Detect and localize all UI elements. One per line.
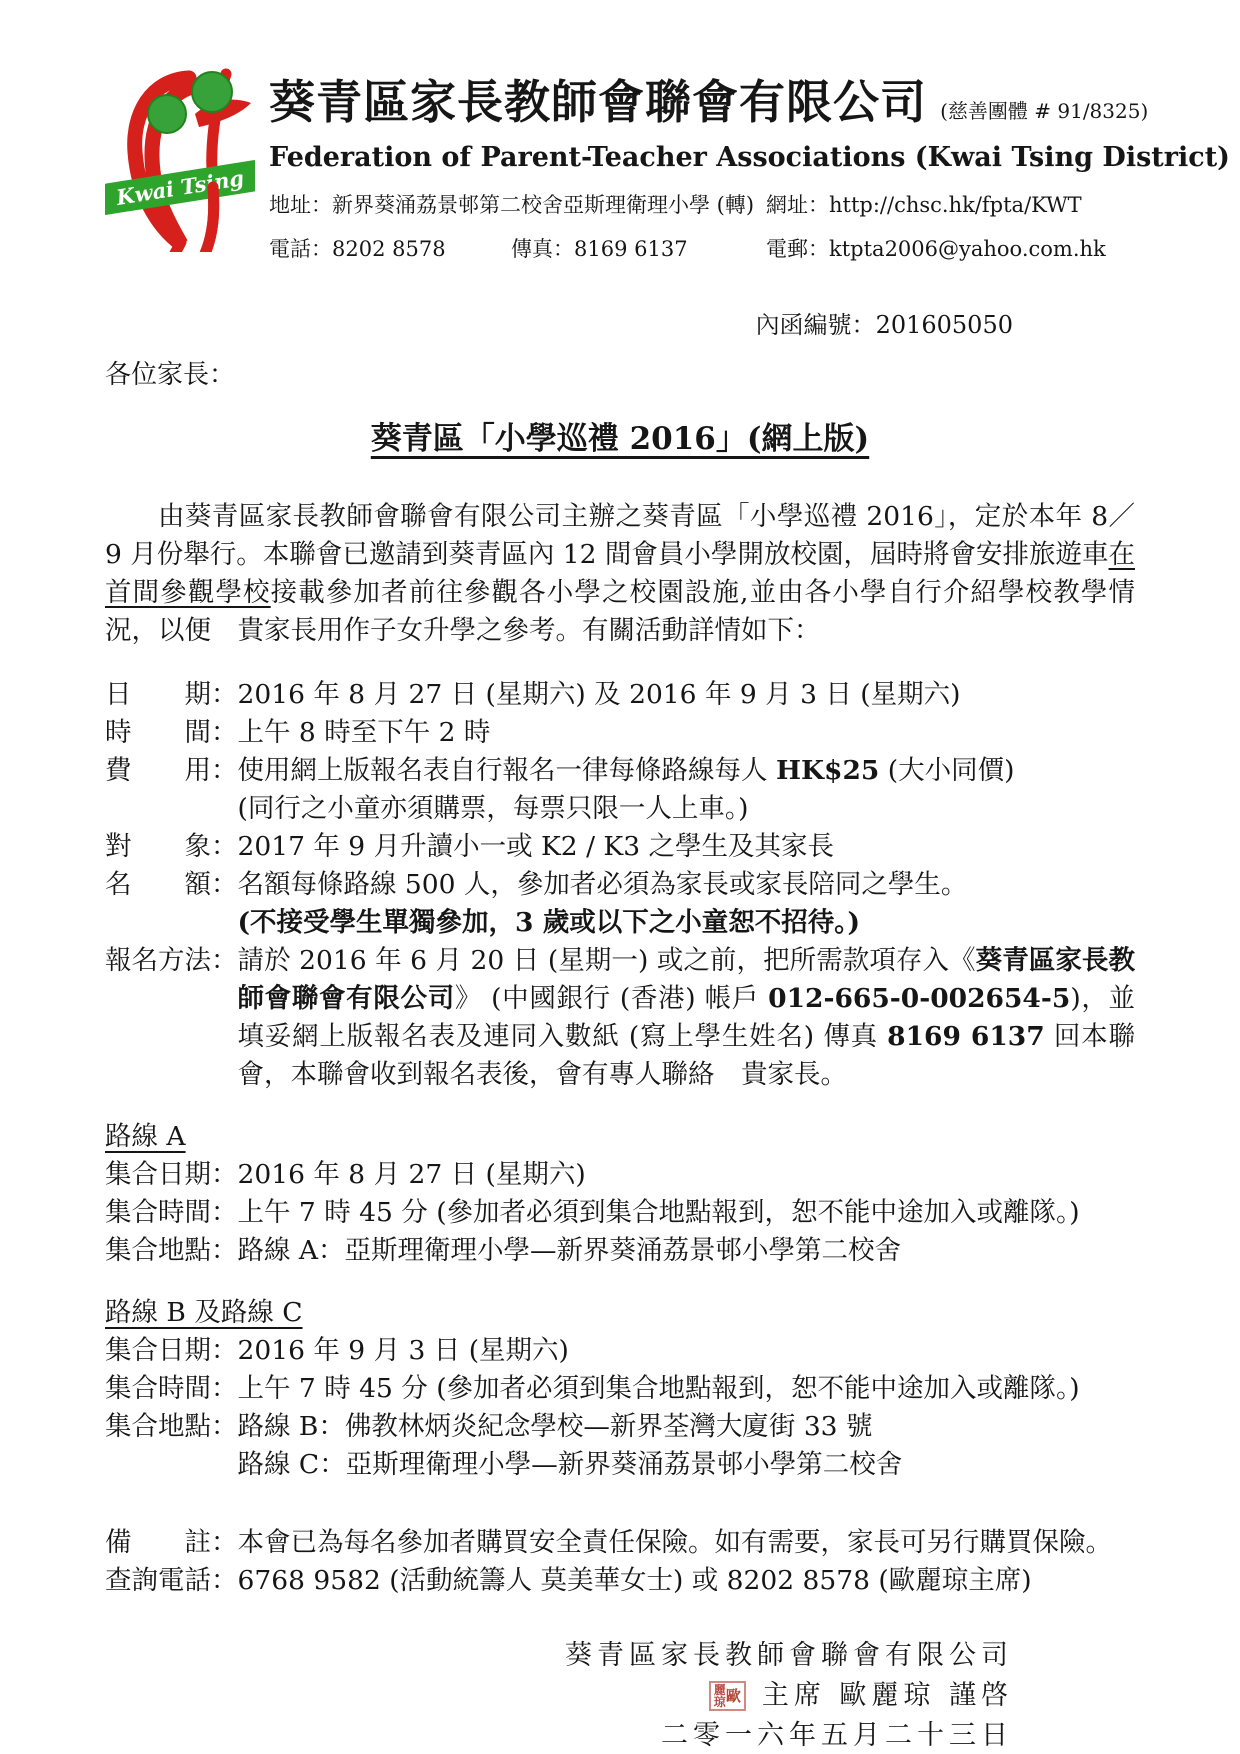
- fee-text-2: (大小同價): [879, 755, 1014, 786]
- route-bc-place-label: 集合地點：: [105, 1408, 238, 1484]
- event-details-list: 日 期： 2016 年 8 月 27 日 (星期六) 及 2016 年 9 月 …: [105, 676, 1135, 1094]
- detail-label-fee: 費 用：: [105, 752, 238, 828]
- charity-registration-number: (慈善團體 # 91/8325): [940, 99, 1148, 123]
- intro-part1: 由葵青區家長教師會聯會有限公司主辦之葵青區「小學巡禮 2016」，定於本年 8／…: [105, 501, 1135, 570]
- detail-row-registration: 報名方法： 請於 2016 年 6 月 20 日 (星期一) 或之前，把所需款項…: [105, 942, 1135, 1094]
- address-label: 地址：: [269, 193, 332, 217]
- remarks-note-label: 備 註：: [105, 1524, 238, 1562]
- quota-bold-note: (不接受學生單獨參加，3 歲或以下之小童恕不招待。): [238, 904, 1136, 942]
- website-value: http://chsc.hk/fpta/KWT: [829, 193, 1082, 217]
- chairman-name-seal: 麗 琼 歐: [709, 1681, 746, 1711]
- seal-left-column: 麗 琼: [714, 1684, 726, 1708]
- logo-head-circle-left: [148, 95, 186, 133]
- fax-value: 8169 6137: [574, 237, 688, 261]
- route-bc-place-value: 路線 B：佛教林炳炎紀念學校—新界荃灣大廈街 33 號 路線 C：亞斯理衛理小學…: [238, 1408, 1136, 1484]
- route-bc-date-label: 集合日期：: [105, 1332, 238, 1370]
- org-name-zh: 葵青區家長教師會聯會有限公司: [269, 75, 927, 129]
- letter-page: Kwai Tsing 葵青區家長教師會聯會有限公司 (慈善團體 # 91/832…: [0, 0, 1240, 1754]
- enquiry-phone-value: 6768 9582 (活動統籌人 莫美華女士) 或 8202 8578 (歐麗琼…: [238, 1562, 1136, 1600]
- detail-value-date: 2016 年 8 月 27 日 (星期六) 及 2016 年 9 月 3 日 (…: [238, 676, 1136, 714]
- detail-label-time: 時 間：: [105, 714, 238, 752]
- detail-value-registration: 請於 2016 年 6 月 20 日 (星期一) 或之前，把所需款項存入《葵青區…: [238, 942, 1136, 1094]
- detail-value-target: 2017 年 9 月升讀小一或 K2 / K3 之學生及其家長: [238, 828, 1136, 866]
- route-a-time-label: 集合時間：: [105, 1194, 238, 1232]
- detail-label-target: 對 象：: [105, 828, 238, 866]
- detail-row-time: 時 間： 上午 8 時至下午 2 時: [105, 714, 1135, 752]
- email-label: 電郵：: [766, 237, 829, 261]
- remarks-note-value: 本會已為每名參加者購買安全責任保險。如有需要，家長可另行購買保險。: [238, 1524, 1136, 1562]
- internal-ref-line: 內函編號：201605050: [105, 305, 1135, 340]
- fax-line: 傳真：8169 6137: [511, 233, 766, 263]
- detail-row-target: 對 象： 2017 年 9 月升讀小一或 K2 / K3 之學生及其家長: [105, 828, 1135, 866]
- registration-bank-account: 012-665-0-002654-5: [768, 983, 1070, 1014]
- route-a-heading: 路線 A: [105, 1118, 1135, 1156]
- signature-block: 葵青區家長教師會聯會有限公司 麗 琼 歐 主席 歐麗琼 謹啓 二零一六年五月二十…: [105, 1636, 1135, 1754]
- route-bc-heading: 路線 B 及路線 C: [105, 1294, 1135, 1332]
- quota-text: 名額每條路線 500 人，參加者必須為家長或家長陪同之學生。: [238, 869, 968, 900]
- org-name-en: Federation of Parent-Teacher Association…: [269, 142, 1135, 173]
- kwai-tsing-logo: Kwai Tsing: [105, 52, 255, 252]
- seal-char-bottom: 琼: [714, 1696, 726, 1708]
- detail-label-quota: 名 額：: [105, 866, 238, 942]
- detail-value-fee: 使用網上版報名表自行報名一律每條路線每人 HK$25 (大小同價) (同行之小童…: [238, 752, 1136, 828]
- email-line: 電郵：ktpta2006@yahoo.com.hk: [766, 233, 1135, 263]
- detail-label-registration: 報名方法：: [105, 942, 238, 1094]
- signature-date-line: 二零一六年五月二十三日: [105, 1716, 1013, 1754]
- route-a-section: 路線 A 集合日期： 2016 年 8 月 27 日 (星期六) 集合時間： 上…: [105, 1118, 1135, 1270]
- logo-head-circle-right: [192, 72, 232, 112]
- route-bc-date-value: 2016 年 9 月 3 日 (星期六): [238, 1332, 1136, 1370]
- fee-note-line: (同行之小童亦須購票，每票只限一人上車。): [238, 790, 1136, 828]
- route-bc-time-label: 集合時間：: [105, 1370, 238, 1408]
- route-a-place-row: 集合地點： 路線 A：亞斯理衛理小學—新界葵涌荔景邨小學第二校舍: [105, 1232, 1135, 1270]
- signature-chairman-line: 麗 琼 歐 主席 歐麗琼 謹啓: [105, 1676, 1013, 1716]
- route-a-date-row: 集合日期： 2016 年 8 月 27 日 (星期六): [105, 1156, 1135, 1194]
- detail-row-quota: 名 額： 名額每條路線 500 人，參加者必須為家長或家長陪同之學生。 (不接受…: [105, 866, 1135, 942]
- route-c-place-line: 路線 C：亞斯理衛理小學—新界葵涌荔景邨小學第二校舍: [238, 1446, 1136, 1484]
- contact-row-2: 電話：8202 8578 傳真：8169 6137 電郵：ktpta2006@y…: [269, 233, 1135, 263]
- route-a-date-value: 2016 年 8 月 27 日 (星期六): [238, 1156, 1136, 1194]
- address-line: 地址：新界葵涌荔景邨第二校舍亞斯理衛理小學 (轉): [269, 189, 766, 219]
- route-bc-time-value: 上午 7 時 45 分 (參加者必須到集合地點報到，恕不能中途加入或離隊。): [238, 1370, 1136, 1408]
- detail-row-date: 日 期： 2016 年 8 月 27 日 (星期六) 及 2016 年 9 月 …: [105, 676, 1135, 714]
- route-a-date-label: 集合日期：: [105, 1156, 238, 1194]
- route-bc-time-row: 集合時間： 上午 7 時 45 分 (參加者必須到集合地點報到，恕不能中途加入或…: [105, 1370, 1135, 1408]
- route-bc-date-row: 集合日期： 2016 年 9 月 3 日 (星期六): [105, 1332, 1135, 1370]
- contact-row-1: 地址：新界葵涌荔景邨第二校舍亞斯理衛理小學 (轉) 網址：http://chsc…: [269, 189, 1135, 219]
- remarks-section: 備 註： 本會已為每名參加者購買安全責任保險。如有需要，家長可另行購買保險。 查…: [105, 1524, 1135, 1600]
- intro-paragraph: 由葵青區家長教師會聯會有限公司主辦之葵青區「小學巡禮 2016」，定於本年 8／…: [105, 498, 1135, 650]
- seal-char-right: 歐: [726, 1690, 741, 1702]
- detail-row-fee: 費 用： 使用網上版報名表自行報名一律每條路線每人 HK$25 (大小同價) (…: [105, 752, 1135, 828]
- route-a-place-value: 路線 A：亞斯理衛理小學—新界葵涌荔景邨小學第二校舍: [238, 1232, 1136, 1270]
- salutation: 各位家長：: [105, 354, 1135, 391]
- signature-chairman-text: 主席 歐麗琼 謹啓: [762, 1676, 1013, 1716]
- registration-text-1: 請於 2016 年 6 月 20 日 (星期一) 或之前，把所需款項存入《: [238, 945, 976, 976]
- detail-value-time: 上午 8 時至下午 2 時: [238, 714, 1136, 752]
- enquiry-phone-row: 查詢電話： 6768 9582 (活動統籌人 莫美華女士) 或 8202 857…: [105, 1562, 1135, 1600]
- seal-right-column: 歐: [726, 1684, 741, 1708]
- remarks-note-row: 備 註： 本會已為每名參加者購買安全責任保險。如有需要，家長可另行購買保險。: [105, 1524, 1135, 1562]
- route-b-place-line: 路線 B：佛教林炳炎紀念學校—新界荃灣大廈街 33 號: [238, 1408, 1136, 1446]
- contact-block: 地址：新界葵涌荔景邨第二校舍亞斯理衛理小學 (轉) 網址：http://chsc…: [269, 189, 1135, 263]
- route-a-time-value: 上午 7 時 45 分 (參加者必須到集合地點報到，恕不能中途加入或離隊。): [238, 1194, 1136, 1232]
- registration-fax-number: 8169 6137: [887, 1021, 1045, 1052]
- ref-value: 201605050: [876, 311, 1013, 339]
- signature-org-line: 葵青區家長教師會聯會有限公司: [105, 1636, 1013, 1676]
- fax-label: 傳真：: [511, 237, 574, 261]
- phone-value: 8202 8578: [332, 237, 446, 261]
- letterhead-text: 葵青區家長教師會聯會有限公司 (慈善團體 # 91/8325) Federati…: [269, 52, 1135, 277]
- website-label: 網址：: [766, 193, 829, 217]
- website-line: 網址：http://chsc.hk/fpta/KWT: [766, 189, 1135, 219]
- route-a-place-label: 集合地點：: [105, 1232, 238, 1270]
- phone-line: 電話：8202 8578: [269, 233, 511, 263]
- document-title: 葵青區「小學巡禮 2016」(網上版): [105, 413, 1135, 458]
- phone-label: 電話：: [269, 237, 332, 261]
- registration-text-2: 》 (中國銀行 (香港) 帳戶: [455, 983, 768, 1014]
- detail-value-quota: 名額每條路線 500 人，參加者必須為家長或家長陪同之學生。 (不接受學生單獨參…: [238, 866, 1136, 942]
- address-value: 新界葵涌荔景邨第二校舍亞斯理衛理小學 (轉): [332, 193, 754, 217]
- org-name-line: 葵青區家長教師會聯會有限公司 (慈善團體 # 91/8325): [269, 66, 1135, 132]
- ref-label: 內函編號：: [756, 311, 876, 339]
- email-value: ktpta2006@yahoo.com.hk: [829, 237, 1106, 261]
- fee-amount: HK$25: [776, 755, 879, 786]
- detail-label-date: 日 期：: [105, 676, 238, 714]
- fee-text-1: 使用網上版報名表自行報名一律每條路線每人: [238, 755, 776, 786]
- letterhead: Kwai Tsing 葵青區家長教師會聯會有限公司 (慈善團體 # 91/832…: [105, 52, 1135, 277]
- logo-banner: Kwai Tsing: [105, 160, 255, 216]
- route-bc-section: 路線 B 及路線 C 集合日期： 2016 年 9 月 3 日 (星期六) 集合…: [105, 1294, 1135, 1484]
- route-bc-place-row: 集合地點： 路線 B：佛教林炳炎紀念學校—新界荃灣大廈街 33 號 路線 C：亞…: [105, 1408, 1135, 1484]
- route-a-time-row: 集合時間： 上午 7 時 45 分 (參加者必須到集合地點報到，恕不能中途加入或…: [105, 1194, 1135, 1232]
- document-title-text: 葵青區「小學巡禮 2016」(網上版): [371, 421, 869, 457]
- enquiry-phone-label: 查詢電話：: [105, 1562, 238, 1600]
